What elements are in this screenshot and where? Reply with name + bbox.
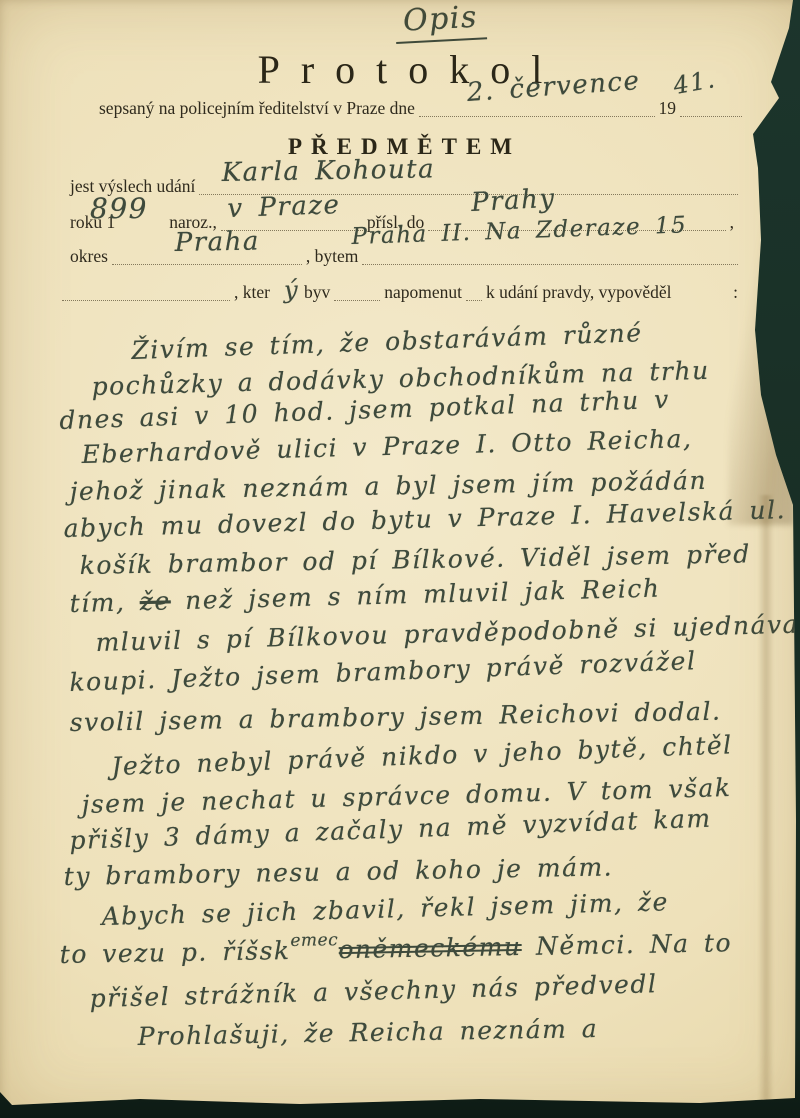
domicile-handwritten: Prahy <box>470 184 556 218</box>
statement-text: Němci. Na to <box>521 928 732 961</box>
who-suffix-handwritten: ý <box>284 276 299 304</box>
who-label-a: , kter <box>230 282 274 302</box>
colon-mark: : <box>729 282 742 302</box>
statement-line-corrected: to vezu p. říšskemeconěmeckému Němci. Na… <box>59 928 732 969</box>
year-handwritten: 41. <box>671 65 718 100</box>
dotted-line <box>466 282 482 301</box>
statement-text: než jsem s ním mluvil jak Reich <box>170 574 660 616</box>
dotted-line <box>62 282 230 301</box>
who-label-d: k udání pravdy, vypověděl <box>482 282 676 302</box>
birthplace-handwritten: v Praze <box>227 190 341 224</box>
statement-line: ty brambory nesu a od koho je mám. <box>63 852 613 891</box>
statement-line: Ježto nebyl právě nikdo v jeho bytě, cht… <box>111 730 733 781</box>
blank-space <box>675 285 729 303</box>
copy-note-handwritten: Opis <box>394 0 487 39</box>
born-year-handwritten: 899 <box>90 192 148 225</box>
paper-sheet: Opis Protokol sepsaný na policejním ředi… <box>0 0 800 1118</box>
statement-text: tím, <box>69 587 140 618</box>
inserted-text: emec <box>290 930 338 951</box>
statement-line: přišel strážník a všechny nás předvedl <box>89 969 658 1013</box>
year-prefix: 19 <box>655 98 681 118</box>
struck-text: že <box>139 586 171 616</box>
statement-line: Abych se jich zbavil, řekl jsem jim, že <box>101 887 669 931</box>
statement-line: Živím se tím, že obstarávám různé <box>131 318 643 365</box>
statement-text: to vezu p. říšsk <box>59 936 290 969</box>
field-row-district: okres , bytem <box>66 246 738 267</box>
who-label-b: byv <box>300 282 334 302</box>
dotted-line <box>362 246 738 265</box>
copy-note-text: Opis <box>394 0 487 44</box>
paper-crease <box>758 495 774 1105</box>
dotted-line <box>680 98 742 117</box>
struck-text: oněmeckému <box>338 932 522 964</box>
intro-label: sepsaný na policejním ředitelství v Praz… <box>95 98 419 118</box>
interrogation-value-handwritten: Karla Kohouta <box>221 154 435 188</box>
field-row-admonition: , kter byv napomenut k udání pravdy, vyp… <box>62 282 742 303</box>
dotted-line <box>334 282 380 301</box>
statement-line-corrected: tím, že než jsem s ním mluvil jak Reich <box>69 574 661 618</box>
intro-row: sepsaný na policejním ředitelství v Praz… <box>95 98 742 119</box>
statement-line: svolil jsem a brambory jsem Reichovi dod… <box>69 697 721 737</box>
who-label-c: napomenut <box>380 282 466 302</box>
scanned-protocol-page: { "colors": { "background": "#1c352c", "… <box>0 0 800 1118</box>
district-label: okres <box>66 246 112 266</box>
district-handwritten: Praha <box>174 227 260 258</box>
comma-mark: , <box>726 212 738 232</box>
statement-line: Prohlašuji, že Reicha neznám a <box>137 1014 598 1051</box>
